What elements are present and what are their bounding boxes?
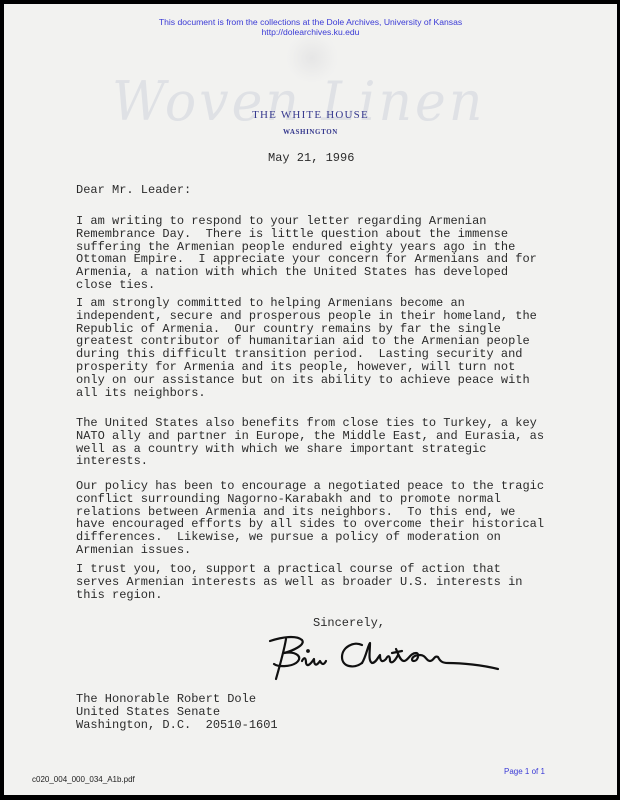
paragraph: I am writing to respond to your letter r… [76, 215, 537, 292]
paragraph: Our policy has been to encourage a negot… [76, 480, 544, 557]
footer-page-indicator: Page 1 of 1 [504, 767, 545, 776]
letterhead-subtitle: WASHINGTON [4, 128, 617, 136]
document-page: This document is from the collections at… [4, 4, 617, 795]
signature [262, 631, 502, 683]
footer-filename: c020_004_000_034_A1b.pdf [32, 775, 135, 784]
closing: Sincerely, [313, 617, 385, 630]
paragraph: The United States also benefits from clo… [76, 417, 544, 468]
archive-notice-text: This document is from the collections at… [4, 17, 617, 27]
paragraph: I am strongly committed to helping Armen… [76, 297, 537, 399]
recipient-address: The Honorable Robert Dole United States … [76, 693, 278, 731]
letter-date: May 21, 1996 [268, 152, 354, 165]
paragraph: I trust you, too, support a practical co… [76, 563, 522, 601]
paper-watermark: Woven Linen [112, 71, 485, 134]
letterhead-title: THE WHITE HOUSE [4, 109, 617, 121]
salutation: Dear Mr. Leader: [76, 184, 191, 197]
